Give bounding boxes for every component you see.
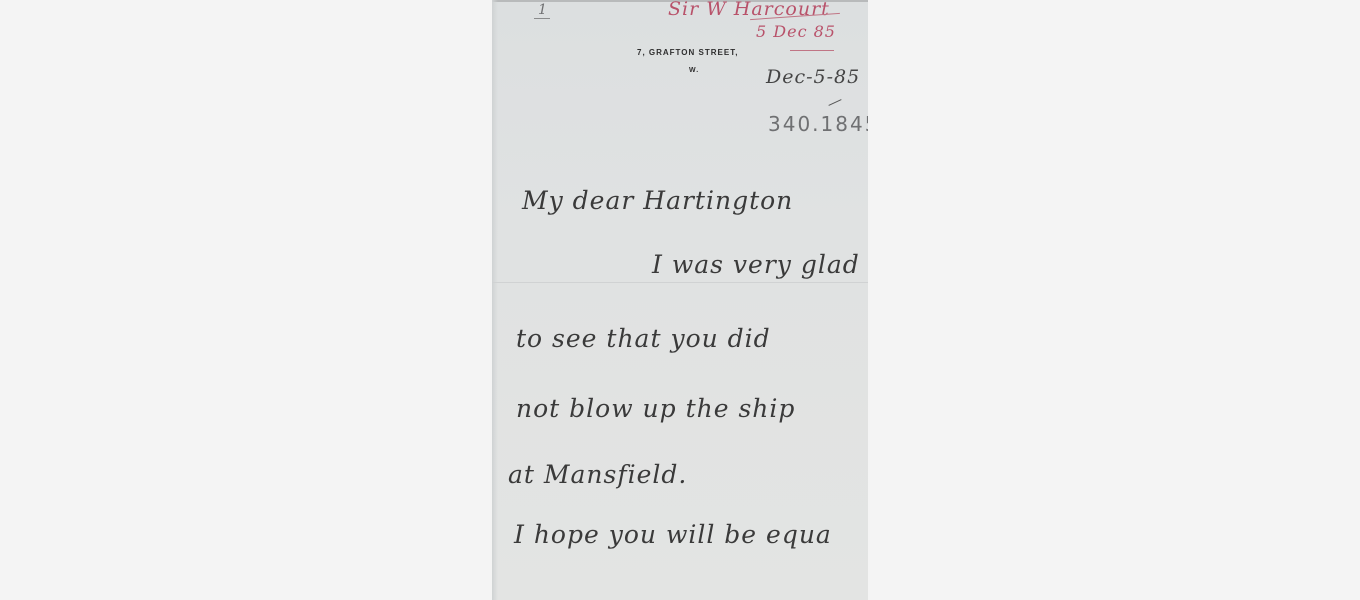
received-date-annotation: 5 Dec 85: [756, 22, 836, 41]
body-line-3: not blow up the ship: [516, 394, 795, 423]
tick-mark: [828, 99, 841, 106]
body-line-1: I was very glad: [652, 250, 860, 279]
reference-number: 340.1845: [768, 112, 868, 136]
page-fold-line: [492, 282, 868, 283]
salutation: My dear Hartington: [522, 186, 793, 215]
archive-date-annotation: Dec-5-85: [766, 66, 860, 88]
body-line-2: to see that you did: [516, 324, 771, 353]
page-number-mark: 1: [538, 2, 548, 18]
received-date-underline: [790, 50, 834, 51]
letterhead-address: 7, GRAFTON STREET,: [637, 48, 738, 57]
sender-annotation: Sir W Harcourt: [668, 0, 830, 20]
letter-page: 1 Sir W Harcourt 5 Dec 85 7, GRAFTON STR…: [492, 0, 868, 600]
body-line-4: at Mansfield.: [508, 460, 687, 489]
page-number-underline: [534, 18, 550, 19]
body-line-5: I hope you will be equa: [514, 520, 832, 549]
letterhead-district: W.: [689, 67, 699, 74]
